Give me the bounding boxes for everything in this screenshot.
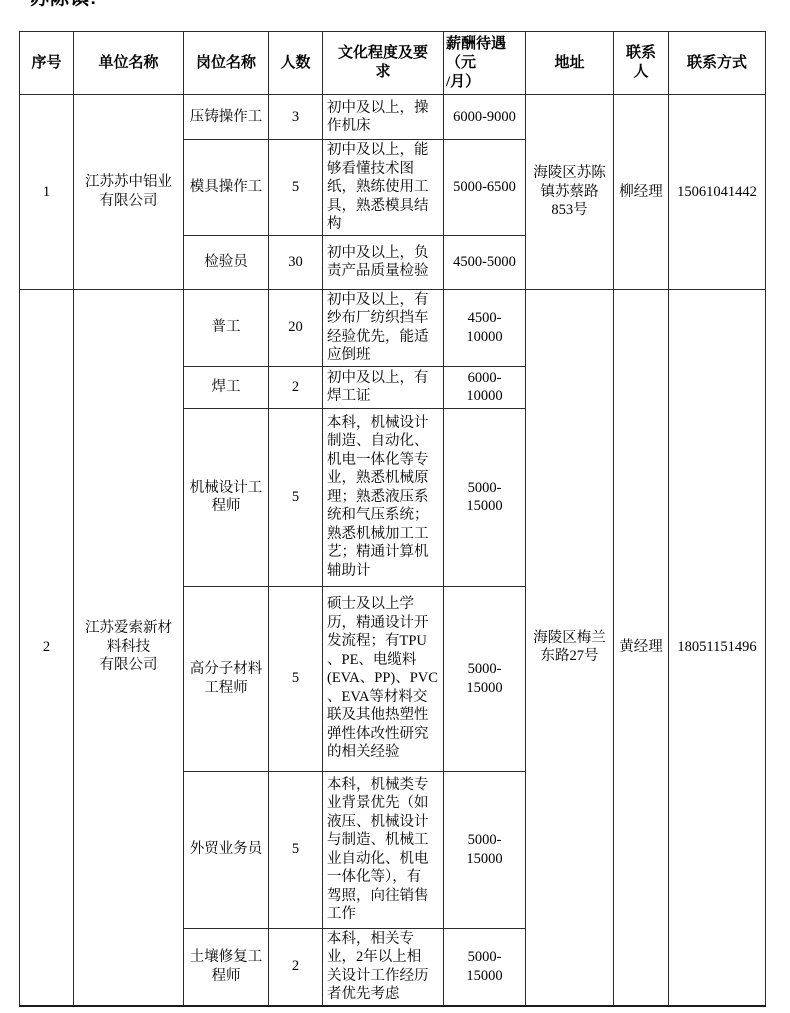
headcount-cell: 2 [269, 928, 323, 1006]
job-table: 序号单位名称岗位名称人数文化程度及要 求薪酬待遇 （元 /月）地址联系 人联系方… [19, 31, 766, 1007]
job-table-body: 1江苏苏中铝业 有限公司压铸操作工3初中及以上，操 作机床6000-9000海陵… [20, 95, 766, 1006]
column-header-6: 地址 [526, 32, 614, 95]
headcount-cell: 5 [269, 586, 323, 771]
header-row: 序号单位名称岗位名称人数文化程度及要 求薪酬待遇 （元 /月）地址联系 人联系方… [20, 32, 766, 95]
salary-cell: 4500-5000 [444, 235, 526, 289]
headcount-cell: 20 [269, 289, 323, 366]
section-heading: 苏陈镇: [30, 0, 790, 11]
column-header-7: 联系 人 [614, 32, 669, 95]
requirement-cell: 初中及以上，有 焊工证 [323, 366, 444, 408]
salary-cell: 5000- 15000 [444, 586, 526, 771]
salary-cell: 6000- 10000 [444, 366, 526, 408]
column-header-5: 薪酬待遇 （元 /月） [444, 32, 526, 95]
table-row: 1江苏苏中铝业 有限公司压铸操作工3初中及以上，操 作机床6000-9000海陵… [20, 95, 766, 140]
address-cell: 海陵区苏陈 镇苏蔡路 853号 [526, 95, 614, 290]
position-cell: 压铸操作工 [184, 95, 269, 140]
contact-person-cell: 黄经理 [614, 289, 669, 1006]
address-cell: 海陵区梅兰 东路27号 [526, 289, 614, 1006]
salary-cell: 5000- 15000 [444, 771, 526, 928]
column-header-3: 人数 [269, 32, 323, 95]
column-header-8: 联系方式 [669, 32, 766, 95]
contact-person-cell: 柳经理 [614, 95, 669, 290]
salary-cell: 5000- 15000 [444, 408, 526, 586]
job-table-head: 序号单位名称岗位名称人数文化程度及要 求薪酬待遇 （元 /月）地址联系 人联系方… [20, 32, 766, 95]
requirement-cell: 本科，机械设计 制造、自动化、 机电一体化等专 业，熟悉机械原 理；熟悉液压系 … [323, 408, 444, 586]
table-row: 2江苏爱索新材 料科技 有限公司普工20初中及以上，有 纱布厂纺织挡车 经验优先… [20, 289, 766, 366]
headcount-cell: 2 [269, 366, 323, 408]
position-cell: 土壤修复工 程师 [184, 928, 269, 1006]
position-cell: 机械设计工 程师 [184, 408, 269, 586]
requirement-cell: 初中及以上，能 够看懂技术图 纸，熟练使用工 具，熟悉模具结 构 [323, 140, 444, 236]
company-cell: 江苏爱索新材 料科技 有限公司 [74, 289, 184, 1006]
section-heading-clip: 苏陈镇: [30, 0, 790, 11]
requirement-cell: 初中及以上，有 纱布厂纺织挡车 经验优先，能适 应倒班 [323, 289, 444, 366]
position-cell: 外贸业务员 [184, 771, 269, 928]
headcount-cell: 3 [269, 95, 323, 140]
position-cell: 模具操作工 [184, 140, 269, 236]
column-header-1: 单位名称 [74, 32, 184, 95]
requirement-cell: 本科，机械类专 业背景优先（如 液压、机械设计 与制造、机械工 业自动化、机电 … [323, 771, 444, 928]
salary-cell: 5000-6500 [444, 140, 526, 236]
serial-cell: 1 [20, 95, 74, 290]
headcount-cell: 5 [269, 771, 323, 928]
position-cell: 普工 [184, 289, 269, 366]
salary-cell: 6000-9000 [444, 95, 526, 140]
position-cell: 检验员 [184, 235, 269, 289]
position-cell: 焊工 [184, 366, 269, 408]
headcount-cell: 30 [269, 235, 323, 289]
headcount-cell: 5 [269, 140, 323, 236]
recruitment-page: 苏陈镇: 序号单位名称岗位名称人数文化程度及要 求薪酬待遇 （元 /月）地址联系… [0, 0, 790, 1013]
column-header-0: 序号 [20, 32, 74, 95]
column-header-4: 文化程度及要 求 [323, 32, 444, 95]
requirement-cell: 初中及以上，负 责产品质量检验 [323, 235, 444, 289]
salary-cell: 5000- 15000 [444, 928, 526, 1006]
serial-cell: 2 [20, 289, 74, 1006]
headcount-cell: 5 [269, 408, 323, 586]
requirement-cell: 本科，相关专 业，2年以上相 关设计工作经历 者优先考虑 [323, 928, 444, 1006]
column-header-2: 岗位名称 [184, 32, 269, 95]
contact-phone-cell: 15061041442 [669, 95, 766, 290]
company-cell: 江苏苏中铝业 有限公司 [74, 95, 184, 290]
requirement-cell: 初中及以上，操 作机床 [323, 95, 444, 140]
contact-phone-cell: 18051151496 [669, 289, 766, 1006]
salary-cell: 4500- 10000 [444, 289, 526, 366]
position-cell: 高分子材料 工程师 [184, 586, 269, 771]
requirement-cell: 硕士及以上学 历，精通设计开 发流程；有TPU 、PE、电缆料 (EVA、PP)… [323, 586, 444, 771]
